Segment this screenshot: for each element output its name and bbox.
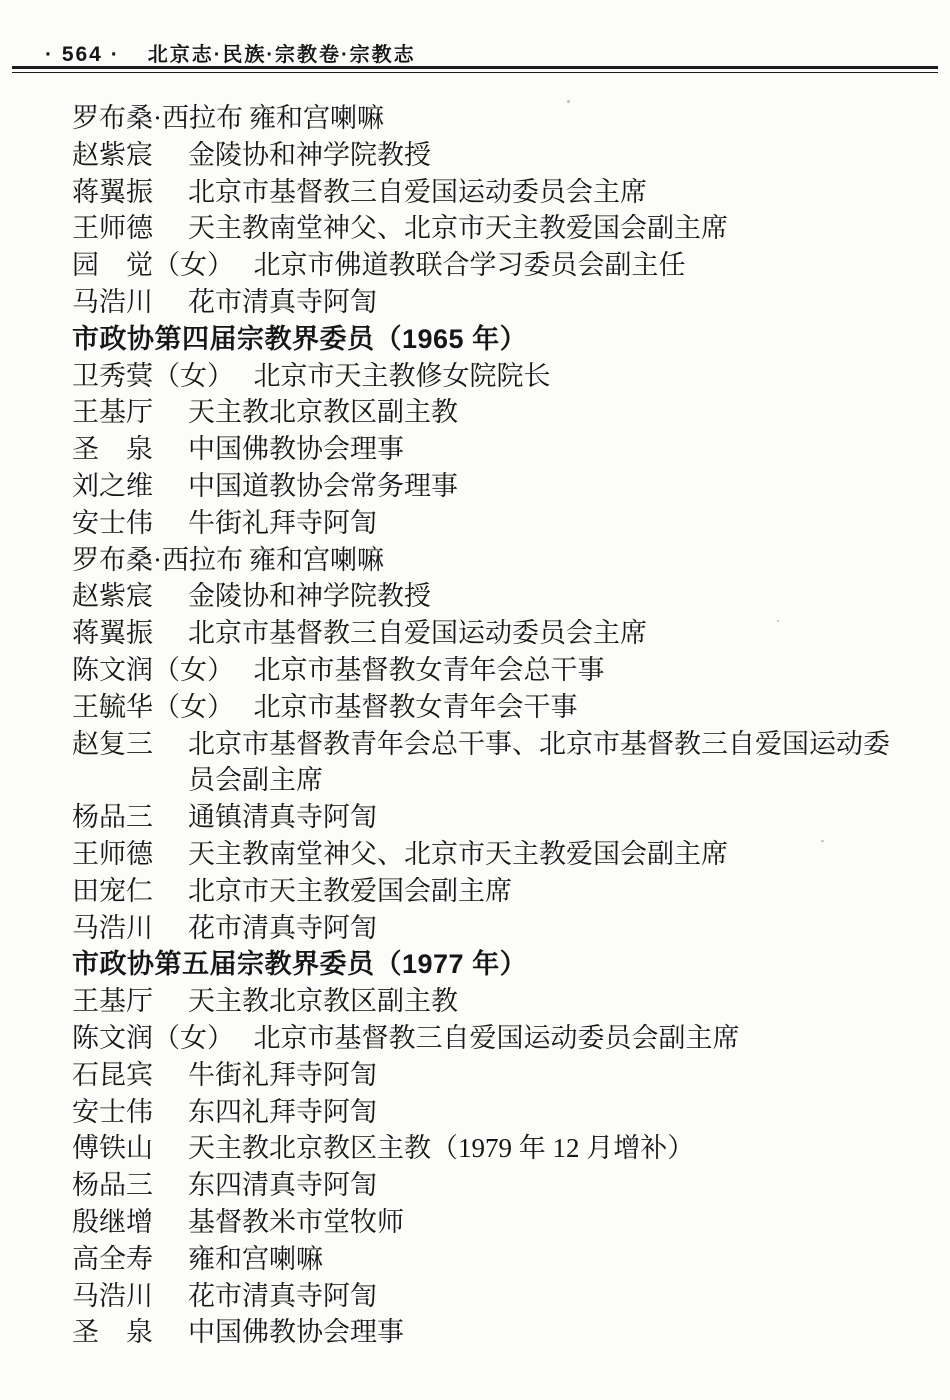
member-row: 安士伟东四礼拜寺阿訇 [72, 1094, 908, 1131]
member-name: 安士伟 [72, 1094, 182, 1131]
member-row: 罗布桑·西拉布雍和宫喇嘛 [72, 542, 908, 579]
member-name: 马浩川 [72, 910, 182, 947]
member-title: 花市清真寺阿訇 [188, 284, 908, 321]
member-row: 赵紫宸金陵协和神学院教授 [72, 137, 908, 174]
member-row: 石昆宾牛街礼拜寺阿訇 [72, 1057, 908, 1094]
member-name: 殷继增 [72, 1204, 182, 1241]
member-name: 杨品三 [72, 1167, 182, 1204]
member-title: 牛街礼拜寺阿訇 [188, 505, 908, 542]
member-name: 石昆宾 [72, 1057, 182, 1094]
member-title: 金陵协和神学院教授 [188, 578, 908, 615]
member-row: 刘之维中国道教协会常务理事 [72, 468, 908, 505]
member-name: 王毓华（女） [72, 689, 248, 726]
section-heading: 市政协第五届宗教界委员（1977 年） [72, 946, 908, 983]
member-name: 陈文润（女） [72, 1020, 248, 1057]
member-title: 北京市基督教三自爱国运动委员会副主席 [254, 1020, 909, 1057]
member-row: 田宠仁北京市天主教爱国会副主席 [72, 873, 908, 910]
member-title: 天主教北京教区主教（1979 年 12 月增补） [188, 1130, 908, 1167]
member-name: 王师德 [72, 836, 182, 873]
member-title: 北京市佛道教联合学习委员会副主任 [254, 247, 909, 284]
member-name: 罗布桑·西拉布 [72, 542, 243, 579]
member-title: 金陵协和神学院教授 [188, 137, 908, 174]
member-name: 赵紫宸 [72, 137, 182, 174]
member-name: 马浩川 [72, 284, 182, 321]
running-head: · 564 · 北京志·民族·宗教卷·宗教志 [45, 38, 910, 67]
member-name: 卫秀蓂（女） [72, 358, 248, 395]
member-name: 安士伟 [72, 505, 182, 542]
member-row: 王基厅天主教北京教区副主教 [72, 394, 908, 431]
member-title: 北京市基督教三自爱国运动委员会主席 [188, 174, 908, 211]
member-title: 基督教米市堂牧师 [188, 1204, 908, 1241]
scanned-book-page: · 564 · 北京志·民族·宗教卷·宗教志 罗布桑·西拉布雍和宫喇嘛赵紫宸金陵… [0, 0, 950, 1400]
page-number: · 564 · [45, 43, 120, 67]
member-title: 通镇清真寺阿訇 [188, 799, 908, 836]
member-name: 赵紫宸 [72, 578, 182, 615]
member-name: 刘之维 [72, 468, 182, 505]
member-row: 马浩川花市清真寺阿訇 [72, 910, 908, 947]
member-title: 雍和宫喇嘛 [249, 100, 908, 137]
member-name: 陈文润（女） [72, 652, 248, 689]
member-title: 东四礼拜寺阿訇 [188, 1094, 908, 1131]
member-row: 圣 泉中国佛教协会理事 [72, 431, 908, 468]
scan-speck [821, 840, 824, 842]
scan-speck [515, 1035, 517, 1038]
book-title: 北京志·民族·宗教卷·宗教志 [148, 38, 416, 67]
member-title: 北京市基督教女青年会干事 [254, 689, 909, 726]
member-title: 中国道教协会常务理事 [188, 468, 908, 505]
member-title: 北京市基督教三自爱国运动委员会主席 [188, 615, 908, 652]
member-row: 马浩川花市清真寺阿訇 [72, 1278, 908, 1315]
scan-speck [777, 620, 779, 622]
member-name: 圣 泉 [72, 431, 182, 468]
member-name: 王基厅 [72, 983, 182, 1020]
section-heading: 市政协第四届宗教界委员（1965 年） [72, 321, 908, 358]
member-name: 蒋翼振 [72, 174, 182, 211]
member-name: 王师德 [72, 210, 182, 247]
member-row: 陈文润（女） 北京市基督教三自爱国运动委员会副主席 [72, 1020, 908, 1057]
member-row: 马浩川花市清真寺阿訇 [72, 284, 908, 321]
member-name: 圣 泉 [72, 1314, 182, 1351]
member-row: 高全寿雍和宫喇嘛 [72, 1241, 908, 1278]
member-title: 牛街礼拜寺阿訇 [188, 1057, 908, 1094]
member-name: 马浩川 [72, 1278, 182, 1315]
member-row: 安士伟牛街礼拜寺阿訇 [72, 505, 908, 542]
member-row: 蒋翼振北京市基督教三自爱国运动委员会主席 [72, 615, 908, 652]
member-name: 罗布桑·西拉布 [72, 100, 243, 137]
member-row: 王毓华（女） 北京市基督教女青年会干事 [72, 689, 908, 726]
member-title: 天主教南堂神父、北京市天主教爱国会副主席 [188, 210, 908, 247]
member-name: 王基厅 [72, 394, 182, 431]
section-heading-text: 市政协第四届宗教界委员（1965 年） [72, 321, 527, 358]
member-name: 赵复三 [72, 726, 182, 763]
member-title: 北京市基督教女青年会总干事 [254, 652, 909, 689]
member-title: 东四清真寺阿訇 [188, 1167, 908, 1204]
member-row: 杨品三通镇清真寺阿訇 [72, 799, 908, 836]
member-row: 傅铁山天主教北京教区主教（1979 年 12 月增补） [72, 1130, 908, 1167]
member-row: 园 觉（女） 北京市佛道教联合学习委员会副主任 [72, 247, 908, 284]
member-row: 赵复三北京市基督教青年会总干事、北京市基督教三自爱国运动委员会副主席 [72, 726, 908, 800]
member-name: 高全寿 [72, 1241, 182, 1278]
member-name: 傅铁山 [72, 1130, 182, 1167]
member-title: 花市清真寺阿訇 [188, 1278, 908, 1315]
member-name: 园 觉（女） [72, 247, 248, 284]
member-row: 王基厅天主教北京教区副主教 [72, 983, 908, 1020]
member-title: 花市清真寺阿訇 [188, 910, 908, 947]
member-row: 卫秀蓂（女） 北京市天主教修女院院长 [72, 358, 908, 395]
member-title: 天主教北京教区副主教 [188, 394, 908, 431]
scan-speck [567, 100, 570, 103]
member-row: 王师德天主教南堂神父、北京市天主教爱国会副主席 [72, 210, 908, 247]
member-row: 陈文润（女） 北京市基督教女青年会总干事 [72, 652, 908, 689]
member-name: 蒋翼振 [72, 615, 182, 652]
member-title: 中国佛教协会理事 [188, 431, 908, 468]
member-title: 北京市天主教爱国会副主席 [188, 873, 908, 910]
member-title: 雍和宫喇嘛 [188, 1241, 908, 1278]
member-title: 雍和宫喇嘛 [249, 542, 908, 579]
section-heading-text: 市政协第五届宗教界委员（1977 年） [72, 946, 527, 983]
member-title: 中国佛教协会理事 [188, 1314, 908, 1351]
member-title: 北京市基督教青年会总干事、北京市基督教三自爱国运动委员会副主席 [188, 726, 908, 800]
member-title: 天主教南堂神父、北京市天主教爱国会副主席 [188, 836, 908, 873]
header-double-rule [12, 66, 938, 73]
member-name: 田宠仁 [72, 873, 182, 910]
member-row: 殷继增基督教米市堂牧师 [72, 1204, 908, 1241]
member-row: 罗布桑·西拉布雍和宫喇嘛 [72, 100, 908, 137]
member-row: 圣 泉中国佛教协会理事 [72, 1314, 908, 1351]
member-row: 蒋翼振北京市基督教三自爱国运动委员会主席 [72, 174, 908, 211]
member-row: 赵紫宸金陵协和神学院教授 [72, 578, 908, 615]
member-title: 天主教北京教区副主教 [188, 983, 908, 1020]
member-row: 王师德天主教南堂神父、北京市天主教爱国会副主席 [72, 836, 908, 873]
member-name: 杨品三 [72, 799, 182, 836]
member-list: 罗布桑·西拉布雍和宫喇嘛赵紫宸金陵协和神学院教授蒋翼振北京市基督教三自爱国运动委… [72, 100, 908, 1351]
member-row: 杨品三东四清真寺阿訇 [72, 1167, 908, 1204]
member-title: 北京市天主教修女院院长 [254, 358, 909, 395]
